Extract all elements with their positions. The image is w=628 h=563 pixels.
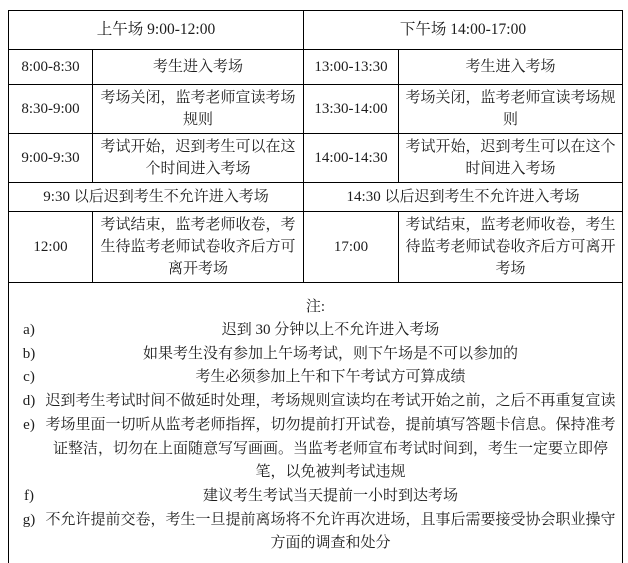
note-letter: d) (14, 390, 44, 414)
activity-cell-am: 考试开始，迟到考生可以在这个时间进入考场 (93, 134, 304, 183)
time-cell-am: 12:00 (9, 212, 93, 283)
note-letter: a) (14, 319, 44, 343)
note-letter: c) (14, 366, 44, 390)
note-item-e: e) 考场里面一切听从监考老师指挥，切勿提前打开试卷，提前填写答题卡信息。保持准… (14, 414, 617, 485)
late-rule-pm: 14:30 以后迟到考生不允许进入考场 (304, 183, 623, 212)
activity-cell-pm: 考生进入考场 (399, 50, 623, 85)
notes-row: 注: a) 迟到 30 分钟以上不允许进入考场 b) 如果考生没有参加上午场考试… (9, 283, 623, 563)
table-row: 9:00-9:30 考试开始，迟到考生可以在这个时间进入考场 14:00-14:… (9, 134, 623, 183)
note-letter: g) (14, 509, 44, 533)
table-row: 12:00 考试结束，监考老师收卷，考生待监考老师试卷收齐后方可离开考场 17:… (9, 212, 623, 283)
activity-cell-pm: 考试开始，迟到考生可以在这个时间进入考场 (399, 134, 623, 183)
activity-cell-pm: 考场关闭，监考老师宣读考场规则 (399, 85, 623, 134)
note-item-g: g) 不允许提前交卷，考生一旦提前离场将不允许再次进场，且事后需要接受协会职业操… (14, 509, 617, 556)
afternoon-session-header: 下午场 14:00-17:00 (304, 11, 623, 50)
note-text: 考生必须参加上午和下午考试方可算成绩 (44, 366, 617, 390)
activity-cell-pm: 考试结束，监考老师收卷，考生待监考老师试卷收齐后方可离开考场 (399, 212, 623, 283)
note-item-b: b) 如果考生没有参加上午场考试，则下午场是不可以参加的 (14, 343, 617, 367)
time-cell-pm: 13:00-13:30 (304, 50, 399, 85)
note-item-c: c) 考生必须参加上午和下午考试方可算成绩 (14, 366, 617, 390)
session-header-row: 上午场 9:00-12:00 下午场 14:00-17:00 (9, 11, 623, 50)
note-text: 建议考生考试当天提前一小时到达考场 (44, 485, 617, 509)
activity-cell-am: 考试结束，监考老师收卷，考生待监考老师试卷收齐后方可离开考场 (93, 212, 304, 283)
note-text: 迟到 30 分钟以上不允许进入考场 (44, 319, 617, 343)
note-item-d: d) 迟到考生考试时间不做延时处理，考场规则宣读均在考试开始之前，之后不再重复宣… (14, 390, 617, 414)
note-text: 迟到考生考试时间不做延时处理，考场规则宣读均在考试开始之前，之后不再重复宣读 (44, 390, 617, 414)
morning-session-header: 上午场 9:00-12:00 (9, 11, 304, 50)
note-item-a: a) 迟到 30 分钟以上不允许进入考场 (14, 319, 617, 343)
notes-title: 注: (14, 294, 617, 319)
note-item-f: f) 建议考生考试当天提前一小时到达考场 (14, 485, 617, 509)
late-rule-am: 9:30 以后迟到考生不允许进入考场 (9, 183, 304, 212)
notes-section: 注: a) 迟到 30 分钟以上不允许进入考场 b) 如果考生没有参加上午场考试… (9, 283, 623, 563)
note-text: 如果考生没有参加上午场考试，则下午场是不可以参加的 (44, 343, 617, 367)
time-cell-am: 8:00-8:30 (9, 50, 93, 85)
late-rule-row: 9:30 以后迟到考生不允许进入考场 14:30 以后迟到考生不允许进入考场 (9, 183, 623, 212)
note-text: 不允许提前交卷，考生一旦提前离场将不允许再次进场，且事后需要接受协会职业操守方面… (44, 509, 617, 556)
note-letter: b) (14, 343, 44, 367)
table-row: 8:00-8:30 考生进入考场 13:00-13:30 考生进入考场 (9, 50, 623, 85)
exam-schedule-table: 上午场 9:00-12:00 下午场 14:00-17:00 8:00-8:30… (8, 10, 623, 563)
time-cell-am: 8:30-9:00 (9, 85, 93, 134)
time-cell-pm: 13:30-14:00 (304, 85, 399, 134)
document-page: 上午场 9:00-12:00 下午场 14:00-17:00 8:00-8:30… (0, 0, 628, 563)
time-cell-am: 9:00-9:30 (9, 134, 93, 183)
note-letter: e) (14, 414, 44, 438)
time-cell-pm: 17:00 (304, 212, 399, 283)
time-cell-pm: 14:00-14:30 (304, 134, 399, 183)
note-letter: f) (14, 485, 44, 509)
table-row: 8:30-9:00 考场关闭，监考老师宣读考场规则 13:30-14:00 考场… (9, 85, 623, 134)
activity-cell-am: 考场关闭，监考老师宣读考场规则 (93, 85, 304, 134)
activity-cell-am: 考生进入考场 (93, 50, 304, 85)
note-text: 考场里面一切听从监考老师指挥，切勿提前打开试卷，提前填写答题卡信息。保持准考证整… (44, 414, 617, 485)
